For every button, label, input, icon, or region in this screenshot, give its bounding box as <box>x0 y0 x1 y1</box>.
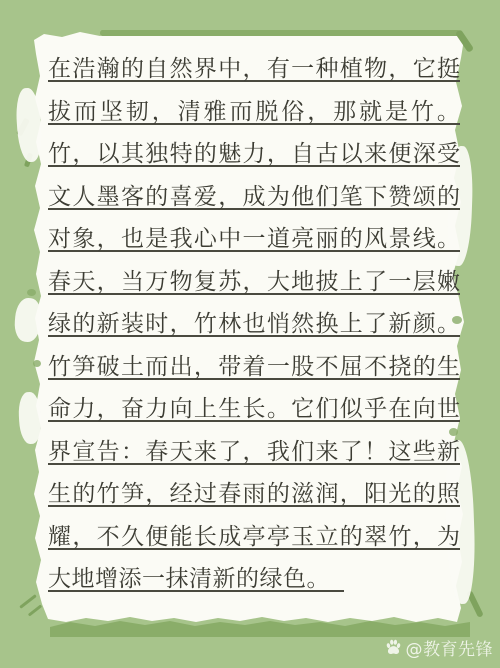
text-line: 大地增添一抹清新的绿色。 <box>48 566 344 592</box>
watermark: @教育先锋 <box>384 635 494 660</box>
text-line: 耀，不久便能长成亭亭玉立的翠竹，为 <box>48 524 460 550</box>
text-line: 绿的新装时，竹林也悄然换上了新颜。 <box>48 311 460 337</box>
text-line: 生的竹笋，经过春雨的滋润，阳光的照 <box>48 481 460 507</box>
text-line: 文人墨客的喜爱，成为他们笔下赞颂的 <box>48 184 460 210</box>
brush-stroke-top <box>100 30 460 36</box>
paw-icon <box>384 638 403 657</box>
text-line: 命力，奋力向上生长。它们似乎在向世 <box>48 396 460 422</box>
text-line: 拔而坚韧，清雅而脱俗，那就是竹。 <box>48 99 460 125</box>
text-line: 在浩瀚的自然界中，有一种植物，它挺 <box>48 56 460 82</box>
text-line: 竹笋破土而出，带着一股不屈不挠的生 <box>48 354 460 380</box>
article-text: 在浩瀚的自然界中，有一种植物，它挺拔而坚韧，清雅而脱俗，那就是竹。竹，以其独特的… <box>48 56 460 609</box>
brush-dash-bottom-left <box>28 604 42 616</box>
watermark-handle: @教育先锋 <box>406 635 494 660</box>
green-speckle <box>33 360 41 367</box>
text-line: 春天，当万物复苏，大地披上了一层嫩 <box>48 269 460 295</box>
text-line: 对象，也是我心中一道亮丽的风景线。 <box>48 226 460 252</box>
page-background: 在浩瀚的自然界中，有一种植物，它挺拔而坚韧，清雅而脱俗，那就是竹。竹，以其独特的… <box>0 0 500 668</box>
green-speckle <box>27 289 36 296</box>
text-line: 界宣告：春天来了，我们来了！这些新 <box>48 439 460 465</box>
brush-dash-bottom-left <box>19 594 37 609</box>
text-line: 竹，以其独特的魅力，自古以来便深受 <box>48 141 460 167</box>
